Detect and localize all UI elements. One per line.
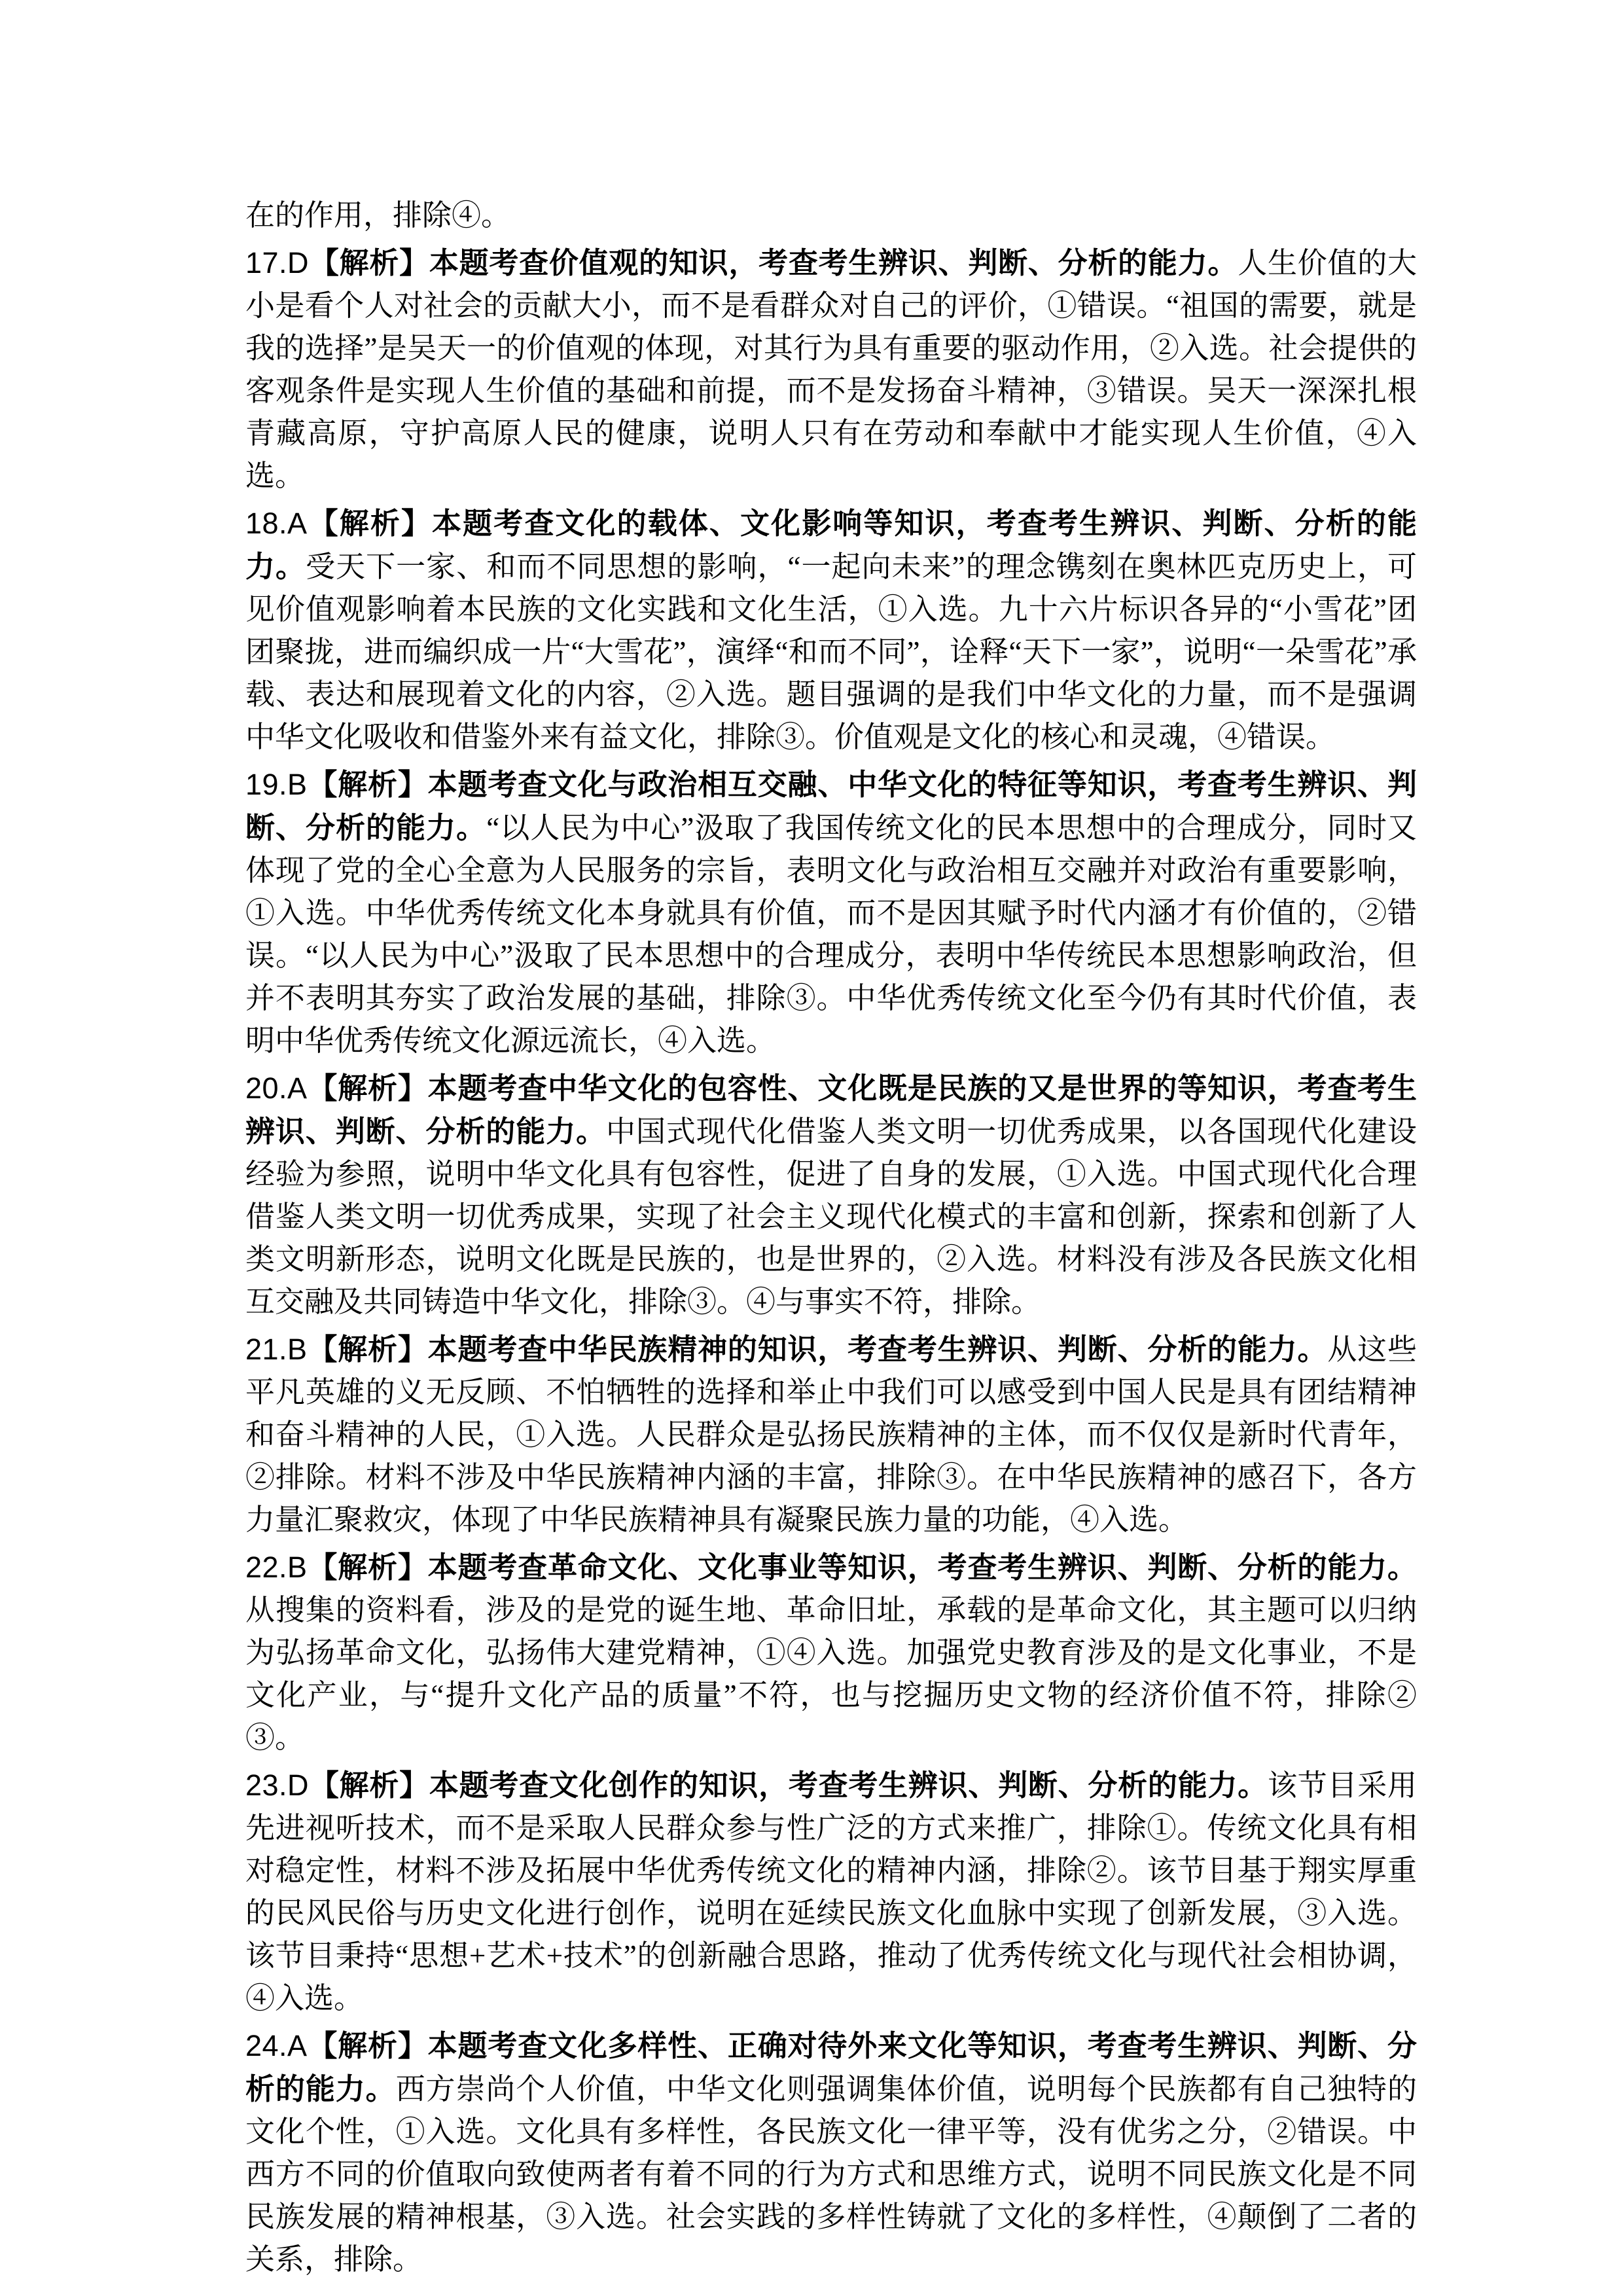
answer-item-19: 19.B【解析】本题考查文化与政治相互交融、中华文化的特征等知识，考查考生辨识、… <box>245 763 1417 1062</box>
answer-number: 22.B <box>245 1551 308 1584</box>
analysis-body: 该节目采用先进视听技术，而不是采取人民群众参与性广泛的方式来推广，排除①。传统文… <box>245 1769 1417 2015</box>
leading-paragraph-text: 在的作用，排除④。 <box>245 199 510 232</box>
answer-number: 19.B <box>245 768 308 801</box>
analysis-body: “以人民为中心”汲取了我国传统文化的民本思想中的合理成分，同时又体现了党的全心全… <box>245 812 1417 1057</box>
analysis-body: 人生价值的大小是看个人对社会的贡献大小，而不是看群众对自己的评价，①错误。“祖国… <box>245 247 1417 492</box>
answer-number: 21.B <box>245 1333 308 1366</box>
answer-key-content: 在的作用，排除④。 17.D【解析】本题考查价值观的知识，考查考生辨识、判断、分… <box>245 194 1417 2281</box>
answer-item-20: 20.A【解析】本题考查中华文化的包容性、文化既是民族的又是世界的等知识，考查考… <box>245 1067 1417 1323</box>
answer-item-18: 18.A【解析】本题考查文化的载体、文化影响等知识，考查考生辨识、判断、分析的能… <box>245 502 1417 759</box>
answer-number: 23.D <box>245 1768 309 1802</box>
answer-item-17: 17.D【解析】本题考查价值观的知识，考查考生辨识、判断、分析的能力。人生价值的… <box>245 242 1417 497</box>
analysis-heading: 【解析】本题考查革命文化、文化事业等知识，考查考生辨识、判断、分析的能力。 <box>308 1551 1417 1584</box>
leading-paragraph: 在的作用，排除④。 <box>245 194 1417 237</box>
analysis-body: 从搜集的资料看，涉及的是党的诞生地、革命旧址，承载的是革命文化，其主题可以归纳为… <box>245 1594 1417 1754</box>
answer-item-23: 23.D【解析】本题考查文化创作的知识，考查考生辨识、判断、分析的能力。该节目采… <box>245 1764 1417 2020</box>
analysis-body: 西方崇尚个人价值，中华文化则强调集体价值，说明每个民族都有自己独特的文化个性，①… <box>245 2073 1417 2276</box>
analysis-body: 受天下一家、和而不同思想的影响，“一起向未来”的理念镌刻在奥林匹克历史上，可见价… <box>245 550 1417 753</box>
answer-number: 17.D <box>245 246 309 279</box>
analysis-heading: 【解析】本题考查文化创作的知识，考查考生辨识、判断、分析的能力。 <box>309 1768 1268 1802</box>
answer-item-21: 21.B【解析】本题考查中华民族精神的知识，考查考生辨识、判断、分析的能力。从这… <box>245 1328 1417 1541</box>
answer-number: 18.A <box>245 507 308 540</box>
answer-item-22: 22.B【解析】本题考查革命文化、文化事业等知识，考查考生辨识、判断、分析的能力… <box>245 1546 1417 1759</box>
answer-item-24: 24.A【解析】本题考查文化多样性、正确对待外来文化等知识，考查考生辨识、判断、… <box>245 2024 1417 2281</box>
answer-number: 24.A <box>245 2029 308 2062</box>
document-page: 在的作用，排除④。 17.D【解析】本题考查价值观的知识，考查考生辨识、判断、分… <box>0 0 1623 2296</box>
answer-number: 20.A <box>245 1071 308 1105</box>
analysis-heading: 【解析】本题考查价值观的知识，考查考生辨识、判断、分析的能力。 <box>309 246 1238 279</box>
analysis-heading: 【解析】本题考查中华民族精神的知识，考查考生辨识、判断、分析的能力。 <box>308 1333 1328 1366</box>
